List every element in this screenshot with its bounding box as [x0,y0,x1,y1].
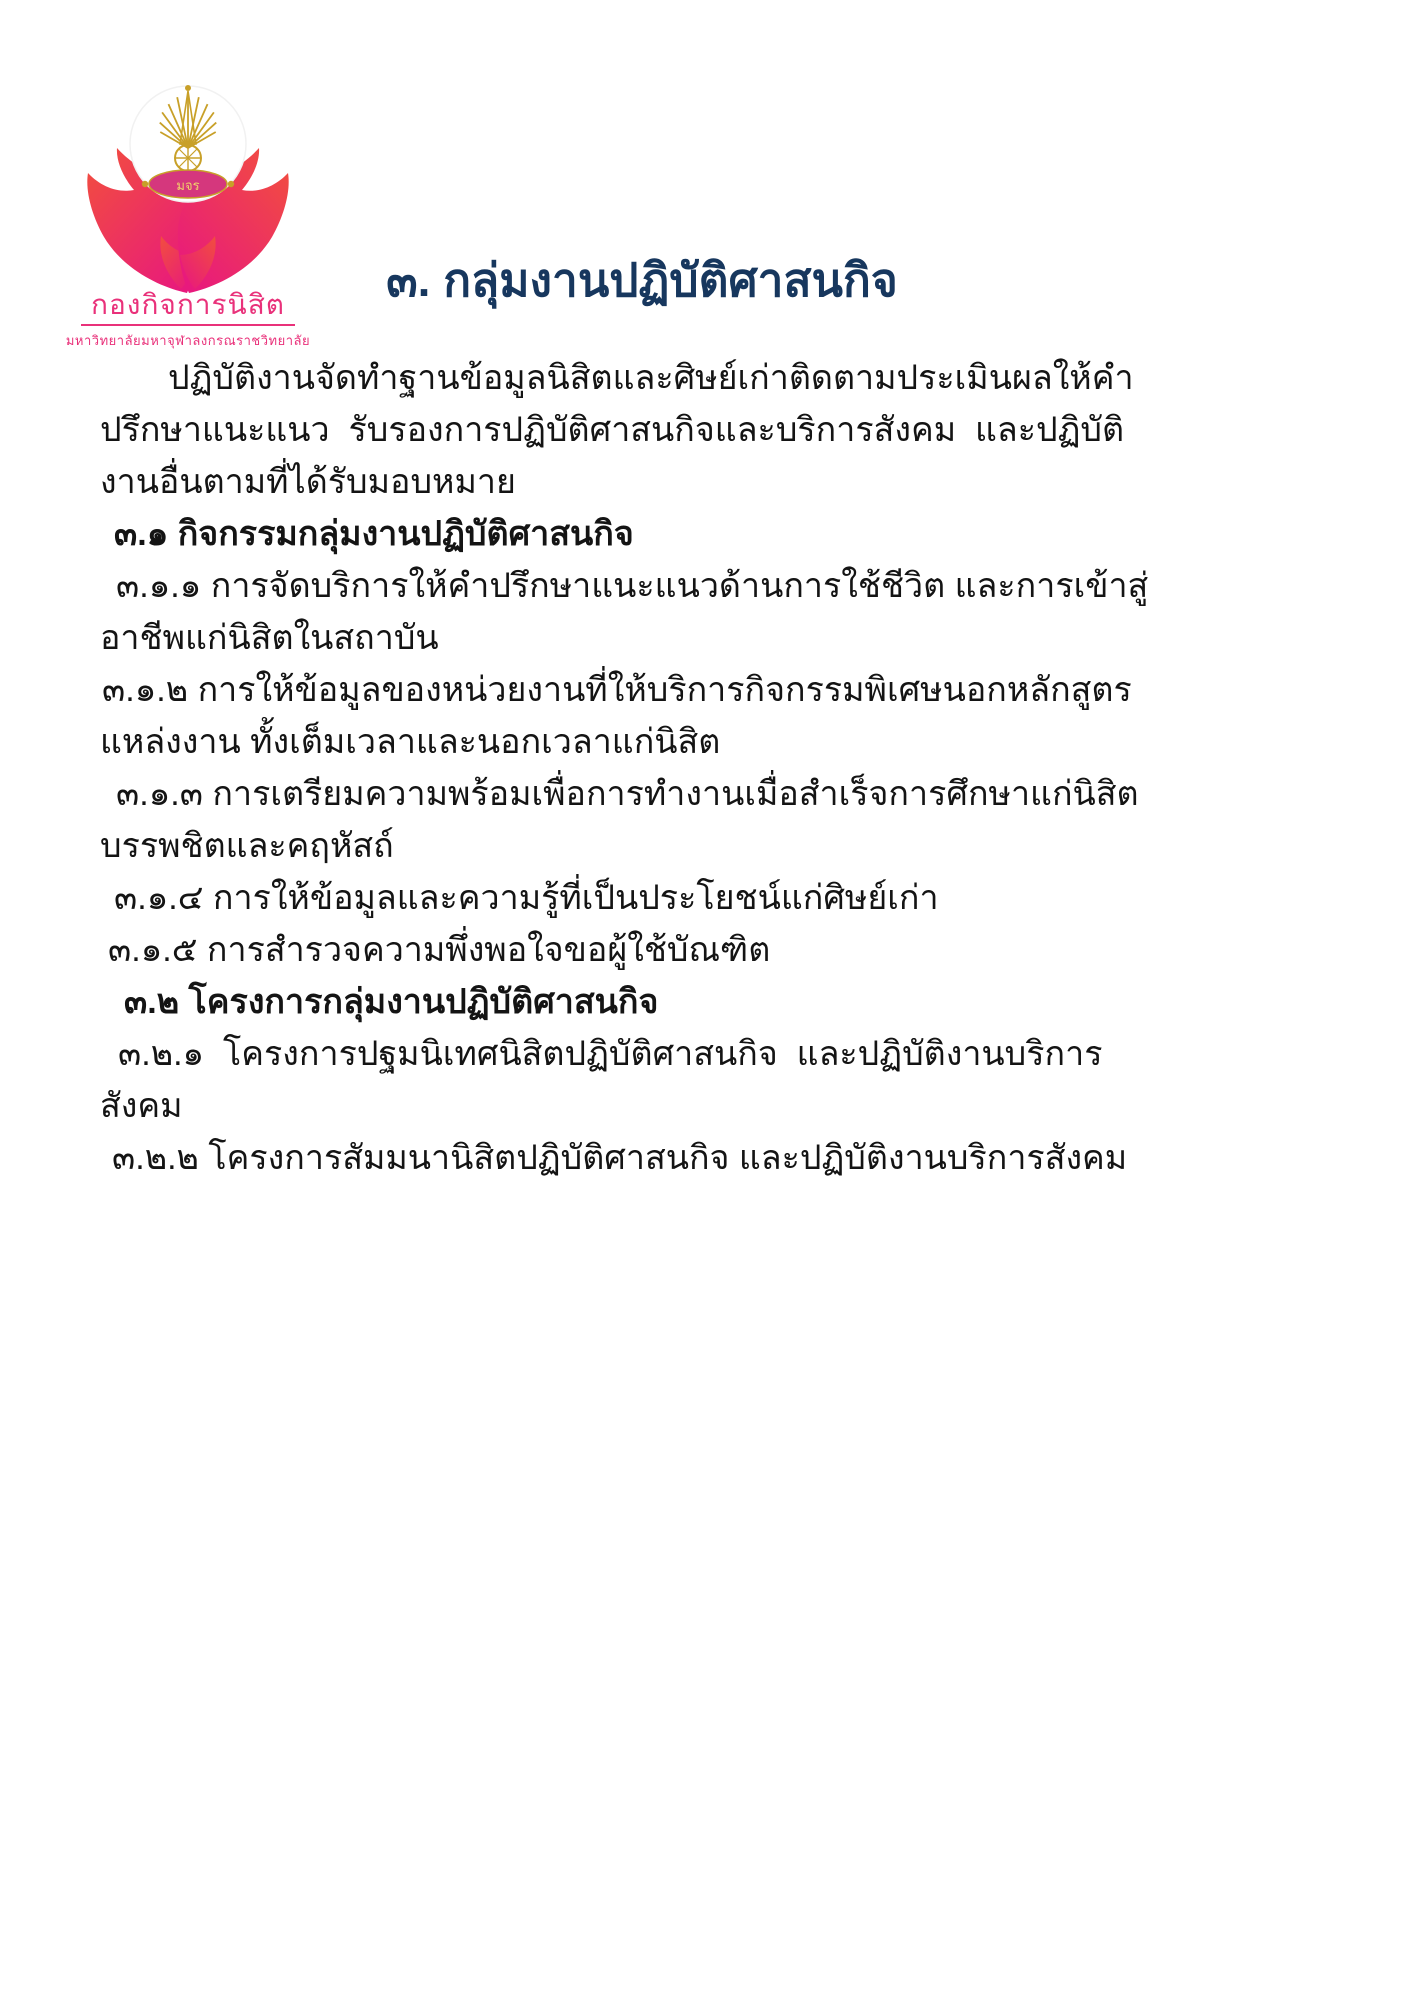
emblem-initials: มจร [176,178,199,193]
logo-university-name: มหาวิทยาลัยมหาจุฬาลงกรณราชวิทยาลัย [58,330,318,351]
item-3-1-5: ๓.๑.๕ การสำรวจความพึ่งพอใจขอผู้ใช้บัณฑิต [100,924,1326,976]
item-3-1-3-cont: บรรพชิตและคฤหัสถ์ [100,820,1326,872]
item-3-1-4: ๓.๑.๔ การให้ข้อมูลและความรู้ที่เป็นประโย… [100,872,1326,924]
item-3-1-3: ๓.๑.๓ การเตรียมความพร้อมเพื่อการทำงานเมื… [100,768,1326,820]
intro-line: งานอื่นตามที่ได้รับมอบหมาย [100,456,1326,508]
item-3-1-2-cont: แหล่งงาน ทั้งเต็มเวลาและนอกเวลาแก่นิสิต [100,716,1326,768]
item-3-2-1-cont: สังคม [100,1080,1326,1132]
intro-line: ปฏิบัติงานจัดทำฐานข้อมูลนิสิตและศิษย์เก่… [100,352,1326,404]
item-3-2-2: ๓.๒.๒ โครงการสัมมนานิสิตปฏิบัติศาสนกิจ แ… [100,1132,1326,1184]
item-3-1-1-cont: อาชีพแก่นิสิตในสถาบัน [100,612,1326,664]
intro-line: ปรึกษาแนะแนว รับรองการปฏิบัติศาสนกิจและบ… [100,404,1326,456]
section-heading-3-1: ๓.๑ กิจกรรมกลุ่มงานปฏิบัติศาสนกิจ [100,508,1326,560]
item-3-2-1: ๓.๒.๑ โครงการปฐมนิเทศนิสิตปฏิบัติศาสนกิจ… [100,1028,1326,1080]
item-3-1-1: ๓.๑.๑ การจัดบริการให้คำปรึกษาแนะแนวด้านก… [100,560,1326,612]
document-page: มจร กองกิจการนิสิต มหาวิทยาลัยมหาจุฬาลงก… [0,0,1414,2000]
item-3-1-2: ๓.๑.๒ การให้ข้อมูลของหน่วยงานที่ให้บริกา… [100,664,1326,716]
page-title: ๓. กลุ่มงานปฏิบัติศาสนกิจ [0,253,1284,308]
document-body: ปฏิบัติงานจัดทำฐานข้อมูลนิสิตและศิษย์เก่… [100,352,1326,1184]
section-heading-3-2: ๓.๒ โครงการกลุ่มงานปฏิบัติศาสนกิจ [100,976,1326,1028]
